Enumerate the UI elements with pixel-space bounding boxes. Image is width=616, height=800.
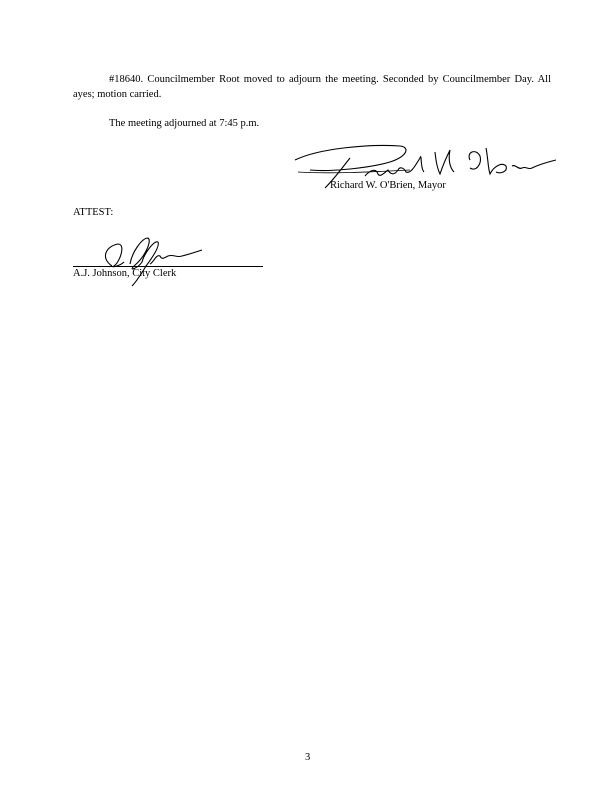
mayor-signature-label: Richard W. O'Brien, Mayor [330, 180, 446, 191]
adjourned-text: The meeting adjourned at 7:45 p.m. [109, 118, 259, 129]
clerk-signature [90, 228, 220, 288]
page-number: 3 [305, 752, 310, 763]
attest-label: ATTEST: [73, 207, 113, 218]
clerk-signature-label: A.J. Johnson, City Clerk [73, 268, 176, 279]
clerk-signature-line [73, 266, 263, 267]
motion-paragraph: #18640. Councilmember Root moved to adjo… [73, 72, 551, 102]
